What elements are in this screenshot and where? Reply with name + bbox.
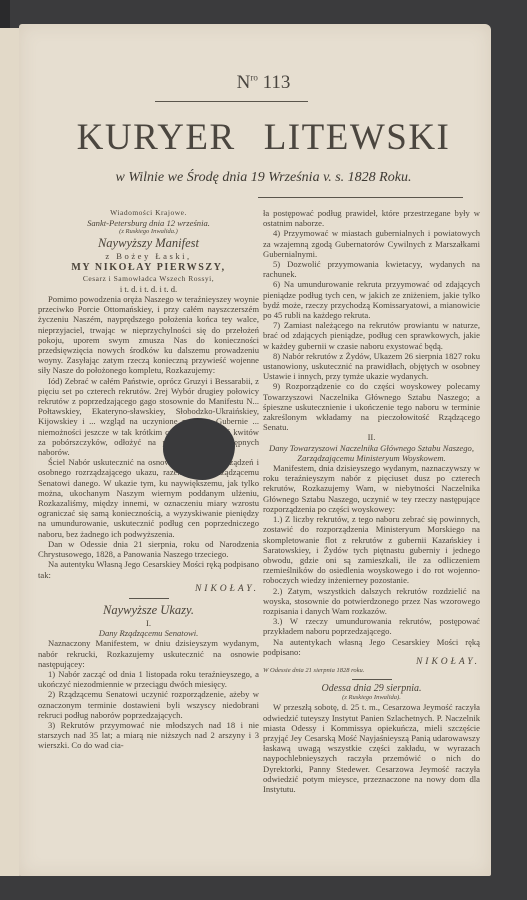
signature: NIKOŁAY. xyxy=(263,657,480,667)
paragraph: 5) Dozwolić przyymowania kwietacyy, wyda… xyxy=(263,259,480,279)
paragraph: 9) Rozporządzenie co do części woyskowey… xyxy=(263,381,480,432)
odessa-title: Odessa dnia 29 sierpnia. xyxy=(263,684,480,694)
paragraph: Na autentyku Własną Jego Cesarskiey Mośc… xyxy=(38,559,259,579)
date-note: W Odessie dnia 21 sierpnia 1828 roku. xyxy=(263,667,480,675)
paragraph: Na autentykach własną Jego Cesarskiey Mo… xyxy=(263,637,480,657)
manifest-title: Naywyższy Manifest xyxy=(38,236,259,251)
paragraph: 1) Nabór zacząć od dnia 1 listopada roku… xyxy=(38,669,259,689)
odessa-source: (z Ruskiego Inwalida). xyxy=(263,694,480,702)
ukaz-address: Dany Towarzyszowi Naczelnika Głównego Sz… xyxy=(263,443,480,463)
right-column: ła postępować podług prawideł, które prz… xyxy=(263,208,480,794)
paragraph: Dan w Odessie dnia 21 sierpnia, roku od … xyxy=(38,539,259,559)
paragraph: W przeszłą sobotę, d. 25 t. m., Cesarzow… xyxy=(263,702,480,794)
left-column: Wiadomości Krajowe. Sankt-Petersburg dni… xyxy=(38,208,259,751)
paragraph: 4) Przyymować w miastach gubernialnych i… xyxy=(263,228,480,259)
ukaz-number: II. xyxy=(263,432,480,442)
header-rule xyxy=(155,101,308,102)
place-date: Sankt-Petersburg dnia 12 września. xyxy=(38,218,259,228)
ukazy-title: Naywyższe Ukazy. xyxy=(38,603,259,618)
number-sup: ro xyxy=(250,73,258,83)
ukaz-address: Dany Rządzącemu Senatowi. xyxy=(38,628,259,638)
paragraph: 8) Nabór rekrutów z Żydów, Ukazem 26 sie… xyxy=(263,351,480,382)
paragraph: 2.) Zatym, wszystkich dalszych rekrutów … xyxy=(263,586,480,617)
column-rule xyxy=(258,197,463,198)
section-title: Wiadomości Krajowe. xyxy=(38,208,259,218)
sovereign: MY NIKOŁAY PIERWSZY, xyxy=(38,262,259,274)
title-right: LITEWSKI xyxy=(264,117,451,158)
divider xyxy=(352,679,392,680)
etc: i t. d. i t. d. i t. d. xyxy=(38,284,259,294)
paragraph: 3) Rekrutów przyymować nie młodszych nad… xyxy=(38,720,259,751)
paragraph: Naznaczony Manifestem, w dniu dzisieyszy… xyxy=(38,638,259,669)
paragraph: 1.) Z liczby rekrutów, z tego naboru zeb… xyxy=(263,514,480,585)
paragraph: Pomimo powodzenia oręża Naszego w teraźn… xyxy=(38,294,259,376)
sovereign-title: Cesarz i Samowładca Wszech Rossyi, xyxy=(38,274,259,284)
paragraph: Manifestem, dnia dzisieyszego wydanym, n… xyxy=(263,463,480,514)
paragraph: 6) Na umundurowanie rekruta przyymować o… xyxy=(263,279,480,320)
title-left: KURYER xyxy=(77,117,236,158)
number-value: 113 xyxy=(263,72,291,93)
ukaz-number: I. xyxy=(38,618,259,628)
issue-number: Nro 113 xyxy=(0,72,527,94)
dateline: w Wilnie we Środę dnia 19 Września v. s.… xyxy=(0,170,527,186)
paragraph: 2) Rządzącemu Senatowi uczynić rozporząd… xyxy=(38,689,259,720)
paragraph: 3.) W rzeczy umundurowania rekrutów, pos… xyxy=(263,616,480,636)
signature: NIKOŁAY. xyxy=(38,584,259,594)
source: (z Ruskiego Inwalida.) xyxy=(38,228,259,236)
masthead-title: KURYERLITEWSKI xyxy=(0,116,527,159)
paragraph: 7) Zamiast należącego na rekrutów prowia… xyxy=(263,320,480,351)
grace: z Bożey Łaski, xyxy=(38,251,259,261)
divider xyxy=(129,598,169,599)
paper-hole xyxy=(163,418,235,480)
number-label: N xyxy=(237,72,251,93)
paragraph: ła postępować podług prawideł, które prz… xyxy=(263,208,480,228)
